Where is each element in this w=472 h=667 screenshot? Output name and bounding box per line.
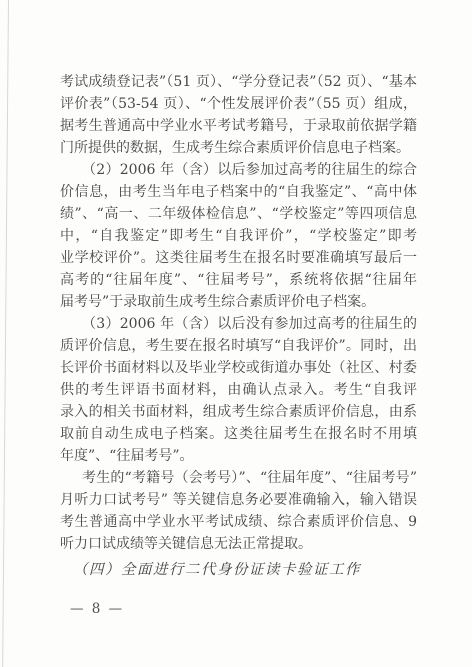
text-line: 质评价信息，考生要在报名时填写“自我评价”。同时，出具家 (60, 335, 417, 357)
scanned-document-page: 考试成绩登记表”（51 页）、“学分登记表”（52 页）、“基本素质评价表”（5… (0, 0, 472, 667)
text-line: 取前自动生成电子档案。这类往届考生在报名时不用填写“往届 (60, 423, 417, 445)
text-line: 高考的“往届年度”、“往届考号”，系统将依据“往届年度”、“往 (60, 269, 417, 291)
text-line: 考试成绩登记表”（51 页）、“学分登记表”（52 页）、“基本素质 (60, 71, 417, 93)
text-line: 评价表”（53-54 页）、“个性发展评价表”（55 页）组成，系统根 (60, 93, 417, 115)
text-line: 中，“自我鉴定”即考生“自我评价”，“学校鉴定”即考生“毕 (60, 225, 417, 247)
text-line: 考生的“考籍号（会考号）”、“往届年度”、“往届考号” 、“9 (60, 467, 417, 489)
text-line: 考生普通高中学业水平考试成绩、综合素质评价信息、9 月英语 (60, 511, 417, 533)
text-line: 年度”、“往届考号”。 (60, 445, 417, 467)
text-line: （3）2006 年（含）以后没有参加过高考的往届生的综合素 (60, 313, 417, 335)
text-line: 长评价书面材料以及毕业学校或街道办事处（社区、村委会）提 (60, 357, 417, 379)
text-block: 考试成绩登记表”（51 页）、“学分登记表”（52 页）、“基本素质评价表”（5… (60, 71, 417, 581)
text-line: 业学校评价”。这类往届考生在报名时要准确填写最后一次参加 (60, 247, 417, 269)
page-number: — 8 — (70, 601, 124, 617)
text-line: 届考号”于录取前生成考生综合素质评价电子档案。 (60, 291, 417, 313)
text-line: 门所提供的数据，生成考生综合素质评价信息电子档案。 (60, 137, 417, 159)
text-line: 听力口试成绩等关键信息无法正常提取。 (60, 533, 417, 555)
text-line: 据考生普通高中学业水平考试考籍号，于录取前依据学籍管理部 (60, 115, 417, 137)
text-line: 供的考生评语书面材料，由确认点录入。考生“自我评价”及所 (60, 379, 417, 401)
text-line: 价信息，由考生当年电子档案中的“自我鉴定”、“高中体育成 (60, 181, 417, 203)
document-body: 考试成绩登记表”（51 页）、“学分登记表”（52 页）、“基本素质评价表”（5… (60, 71, 417, 555)
scan-edge-line (2, 0, 9, 667)
text-line: 月听力口试考号” 等关键信息务必要准确输入，输入错误会导致 (60, 489, 417, 511)
text-line: 录入的相关书面材料，组成考生综合素质评价信息，由系统于录 (60, 401, 417, 423)
section-heading: （四）全面进行二代身份证读卡验证工作 (60, 559, 417, 581)
text-line: 绩”、“高一、二年级体检信息”、“学校鉴定”等四项信息组成。其 (60, 203, 417, 225)
text-line: （2）2006 年（含）以后参加过高考的往届生的综合素质评 (60, 159, 417, 181)
